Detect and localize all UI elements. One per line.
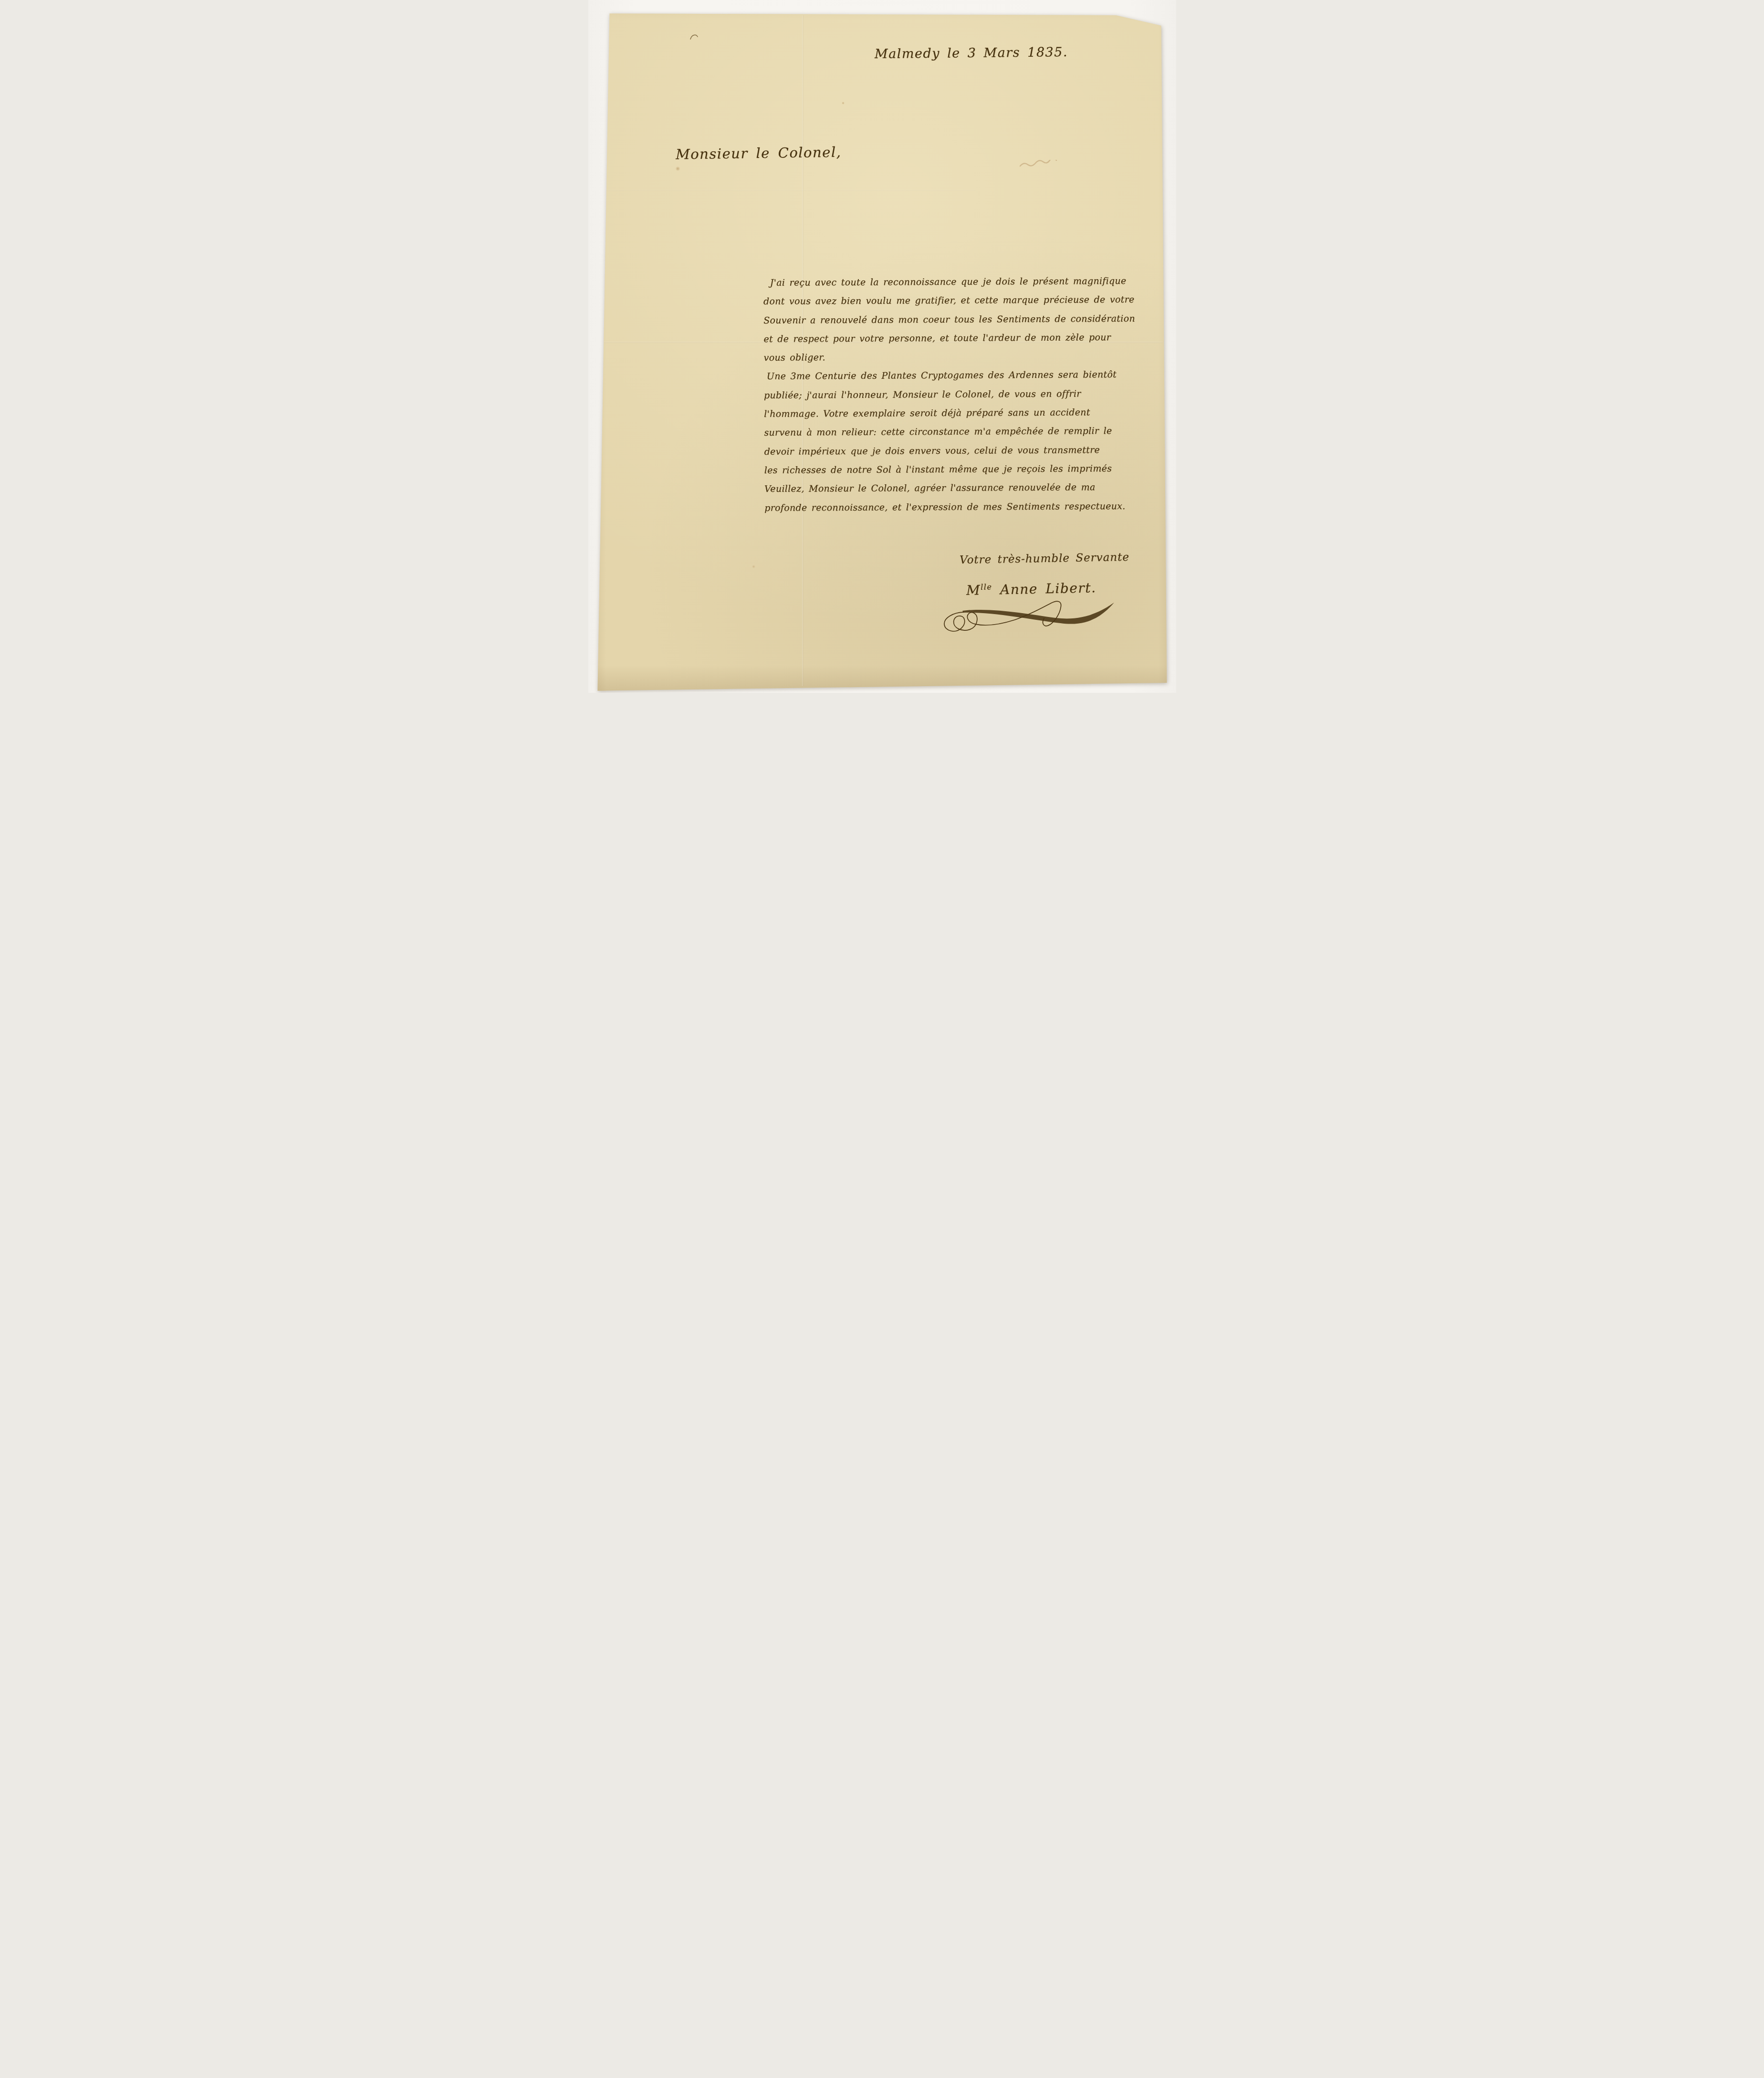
foxing-spot: [675, 167, 680, 171]
body-line: et de respect pour votre personne, et to…: [763, 328, 1117, 349]
body-line: vous obliger.: [763, 347, 1117, 367]
stray-ink-mark: [689, 33, 699, 41]
closing-line: Votre très-humble Servante: [959, 551, 1129, 566]
body-line: J'ai reçu avec toute la reconnoissance q…: [763, 272, 1116, 292]
body-line: survenu à mon relieur: cette circonstanc…: [764, 422, 1117, 442]
body-line: profonde reconnoissance, et l'expression…: [764, 497, 1117, 518]
body-line: l'hommage. Votre exemplaire seroit déjà …: [764, 403, 1117, 424]
foxing-spot: [752, 565, 755, 568]
body-line: dont vous avez bien voulu me gratifier, …: [763, 291, 1116, 311]
signature: Mlle Anne Libert.: [966, 580, 1096, 598]
upper-fold-crease: [603, 190, 976, 191]
body-line: Veuillez, Monsieur le Colonel, agréer l'…: [764, 478, 1117, 499]
paper-surface: Malmedy le 3 Mars 1835. Monsieur le Colo…: [588, 0, 1176, 693]
dateline: Malmedy le 3 Mars 1835.: [874, 45, 1067, 62]
body-line: publiée; j'aurai l'honneur, Monsieur le …: [763, 385, 1117, 405]
body-line: les richesses de notre Sol à l'instant m…: [764, 459, 1117, 480]
scanner-background: Malmedy le 3 Mars 1835. Monsieur le Colo…: [588, 0, 1176, 693]
signature-title-superscript: lle: [980, 582, 992, 592]
body-line: Une 3me Centurie des Plantes Cryptogames…: [763, 366, 1117, 386]
body-line: Souvenir a renouvelé dans mon coeur tous…: [763, 310, 1117, 330]
salutation: Monsieur le Colonel,: [675, 144, 841, 163]
letter-sheet: Malmedy le 3 Mars 1835. Monsieur le Colo…: [588, 0, 1176, 693]
signature-flourish-icon: [940, 597, 1118, 637]
foxing-spot: [842, 102, 845, 104]
signature-title: M: [966, 582, 981, 598]
signature-name: Anne Libert.: [992, 580, 1096, 598]
ink-showthrough-mark: [1019, 160, 1059, 169]
letter-body: J'ai reçu avec toute la reconnoissance q…: [763, 272, 1117, 518]
body-line: devoir impérieux que je dois envers vous…: [764, 441, 1117, 461]
